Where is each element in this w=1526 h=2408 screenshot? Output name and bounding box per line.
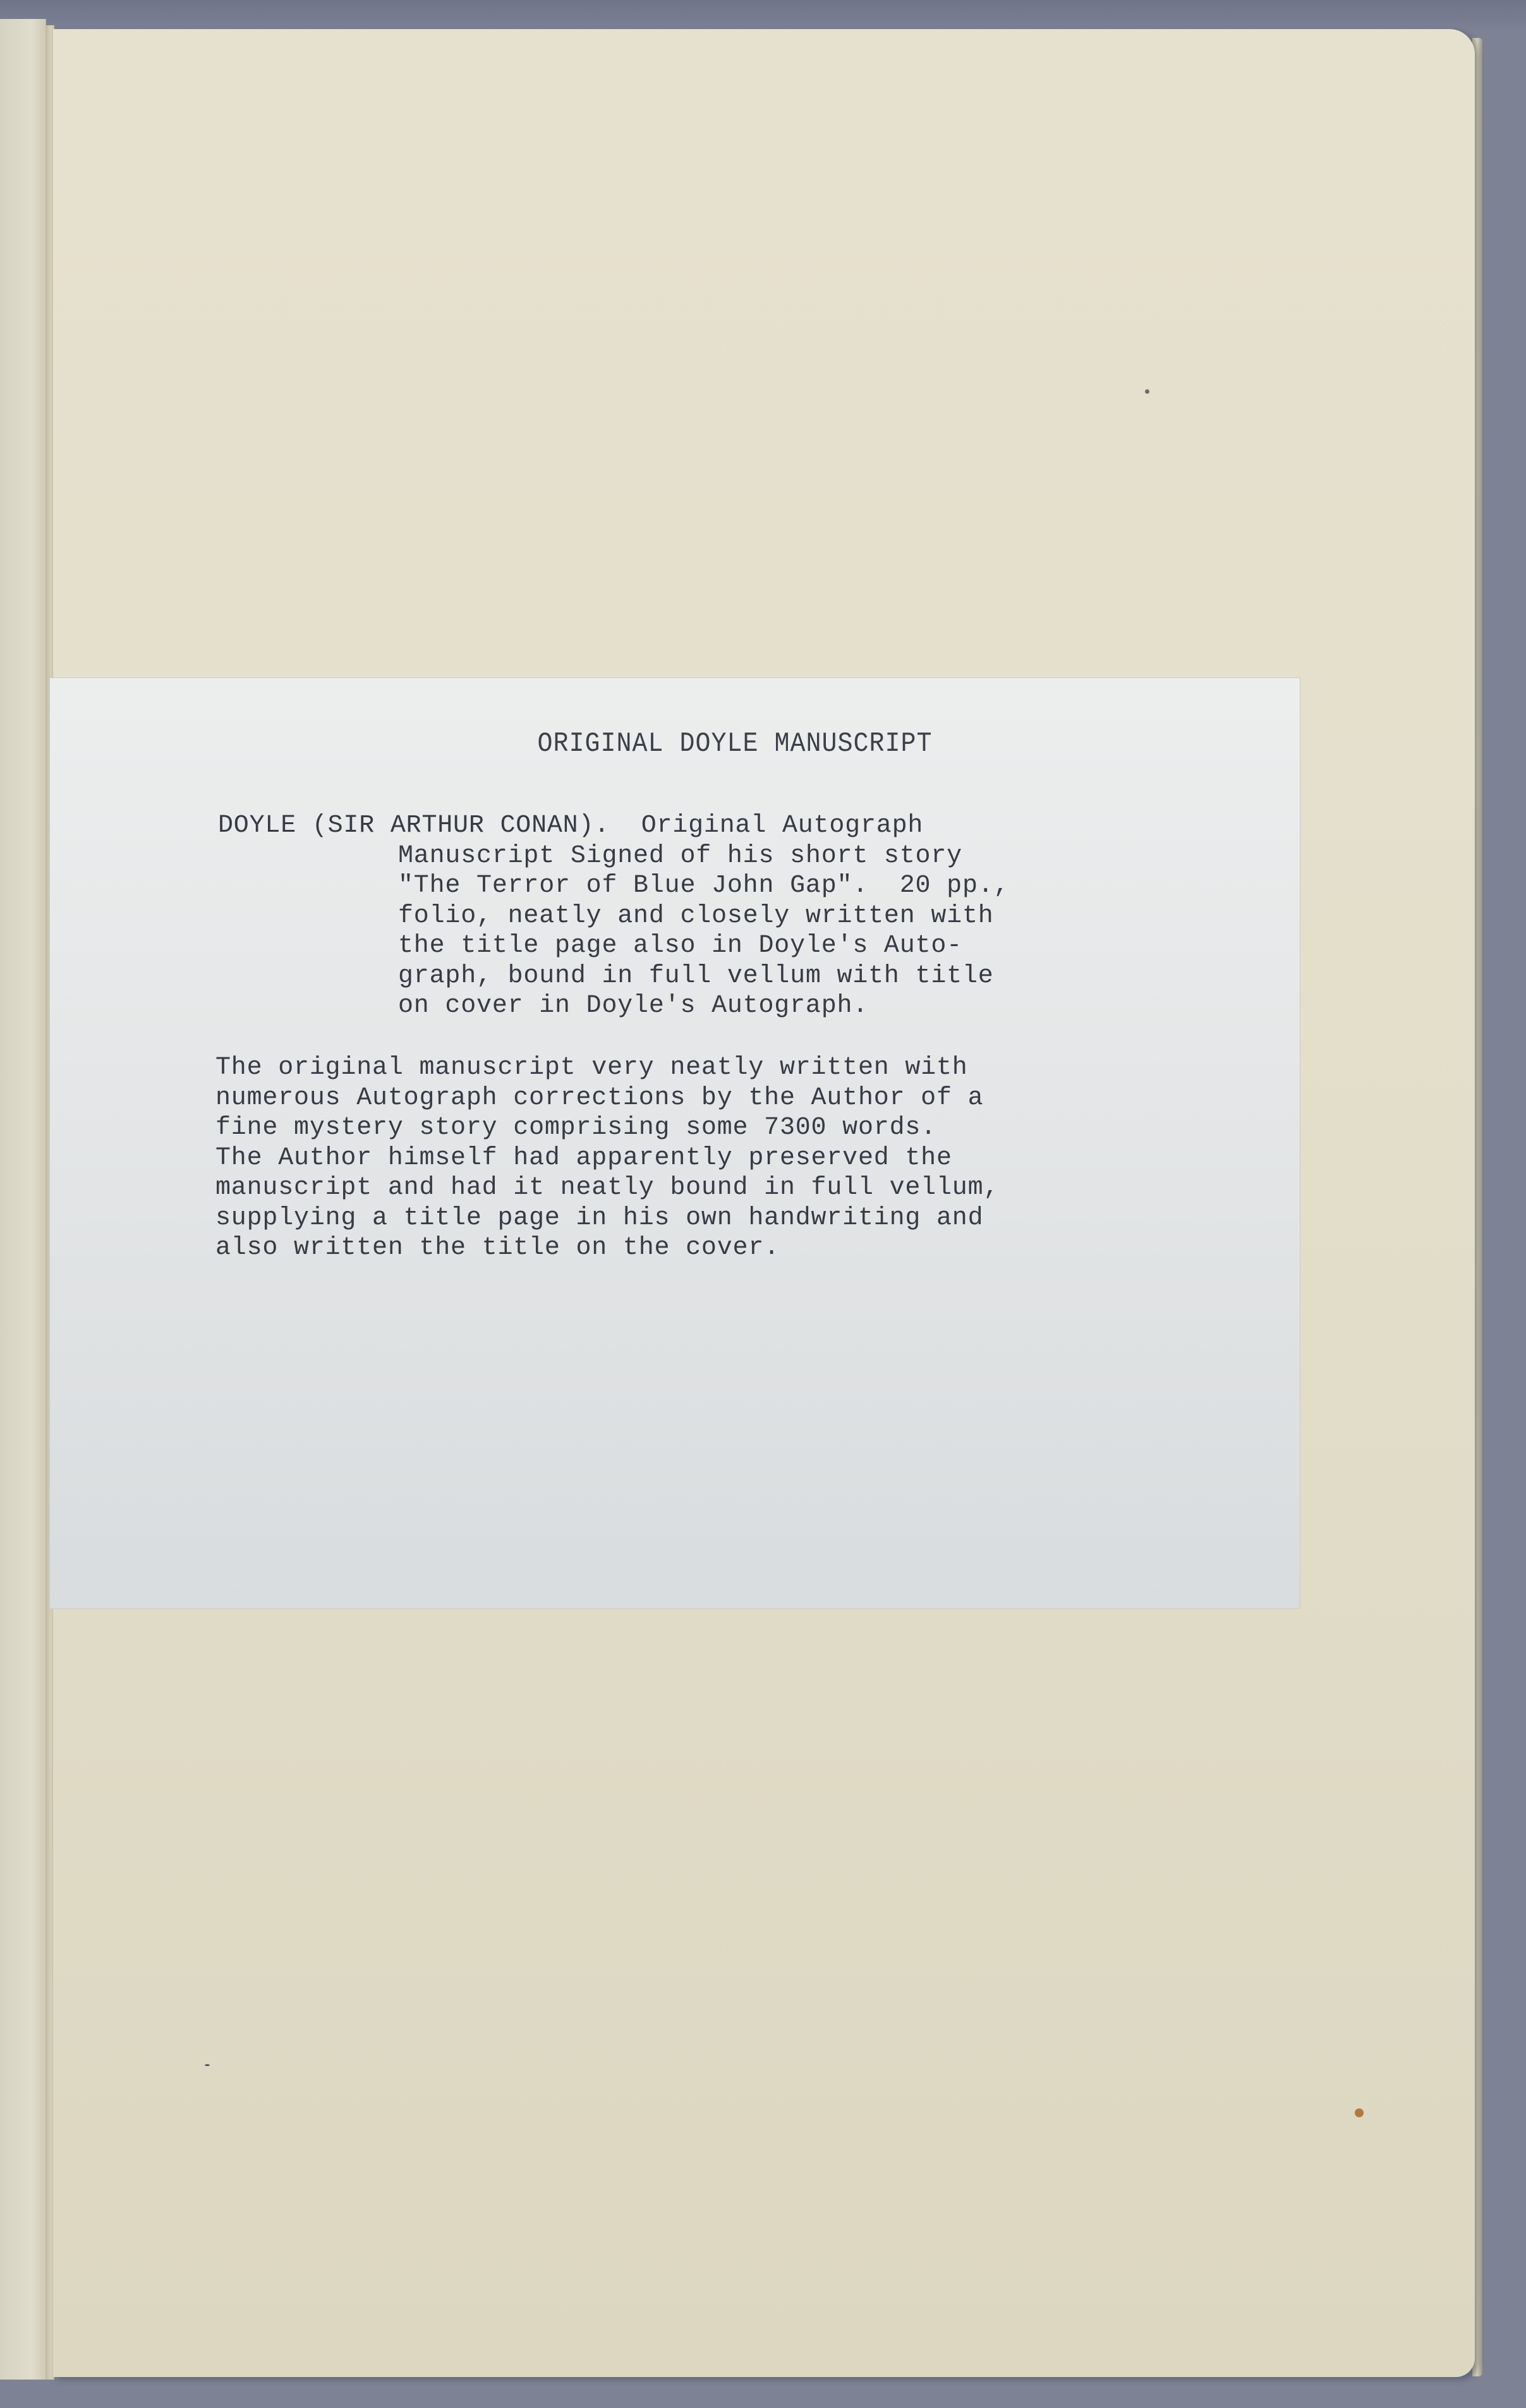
description-line: also written the title on the cover.: [215, 1234, 780, 1262]
backdrop: [0, 0, 1526, 32]
description-line: supplying a title page in his own handwr…: [215, 1204, 983, 1232]
catalog-entry: DOYLE (SIR ARTHUR CONAN). Original Autog…: [218, 811, 1009, 1021]
entry-line: Manuscript Signed of his short story: [398, 842, 962, 870]
description-line: numerous Autograph corrections by the Au…: [215, 1084, 983, 1112]
description-line: manuscript and had it neatly bound in fu…: [215, 1174, 999, 1202]
entry-line: on cover in Doyle's Autograph.: [398, 992, 868, 1020]
label-title: ORIGINAL DOYLE MANUSCRIPT: [50, 729, 1300, 760]
description-line: The Author himself had apparently preser…: [215, 1144, 952, 1172]
binding-flyleaf: [0, 19, 46, 2380]
description-line: fine mystery story comprising some 7300 …: [215, 1114, 936, 1142]
entry-line: the title page also in Doyle's Auto-: [398, 932, 962, 960]
entry-line: DOYLE (SIR ARTHUR CONAN). Original Autog…: [218, 812, 923, 840]
description-paragraph: The original manuscript very neatly writ…: [215, 1053, 999, 1263]
foxing-spot: [1355, 2108, 1364, 2117]
entry-line: "The Terror of Blue John Gap". 20 pp.,: [398, 872, 1009, 900]
paper-speck: [205, 2064, 210, 2066]
paper-speck: [1145, 389, 1149, 394]
description-line: The original manuscript very neatly writ…: [215, 1054, 968, 1082]
typed-description-label: ORIGINAL DOYLE MANUSCRIPT DOYLE (SIR ART…: [49, 678, 1300, 1609]
entry-line: graph, bound in full vellum with title: [398, 962, 994, 990]
entry-line: folio, neatly and closely written with: [398, 902, 994, 930]
